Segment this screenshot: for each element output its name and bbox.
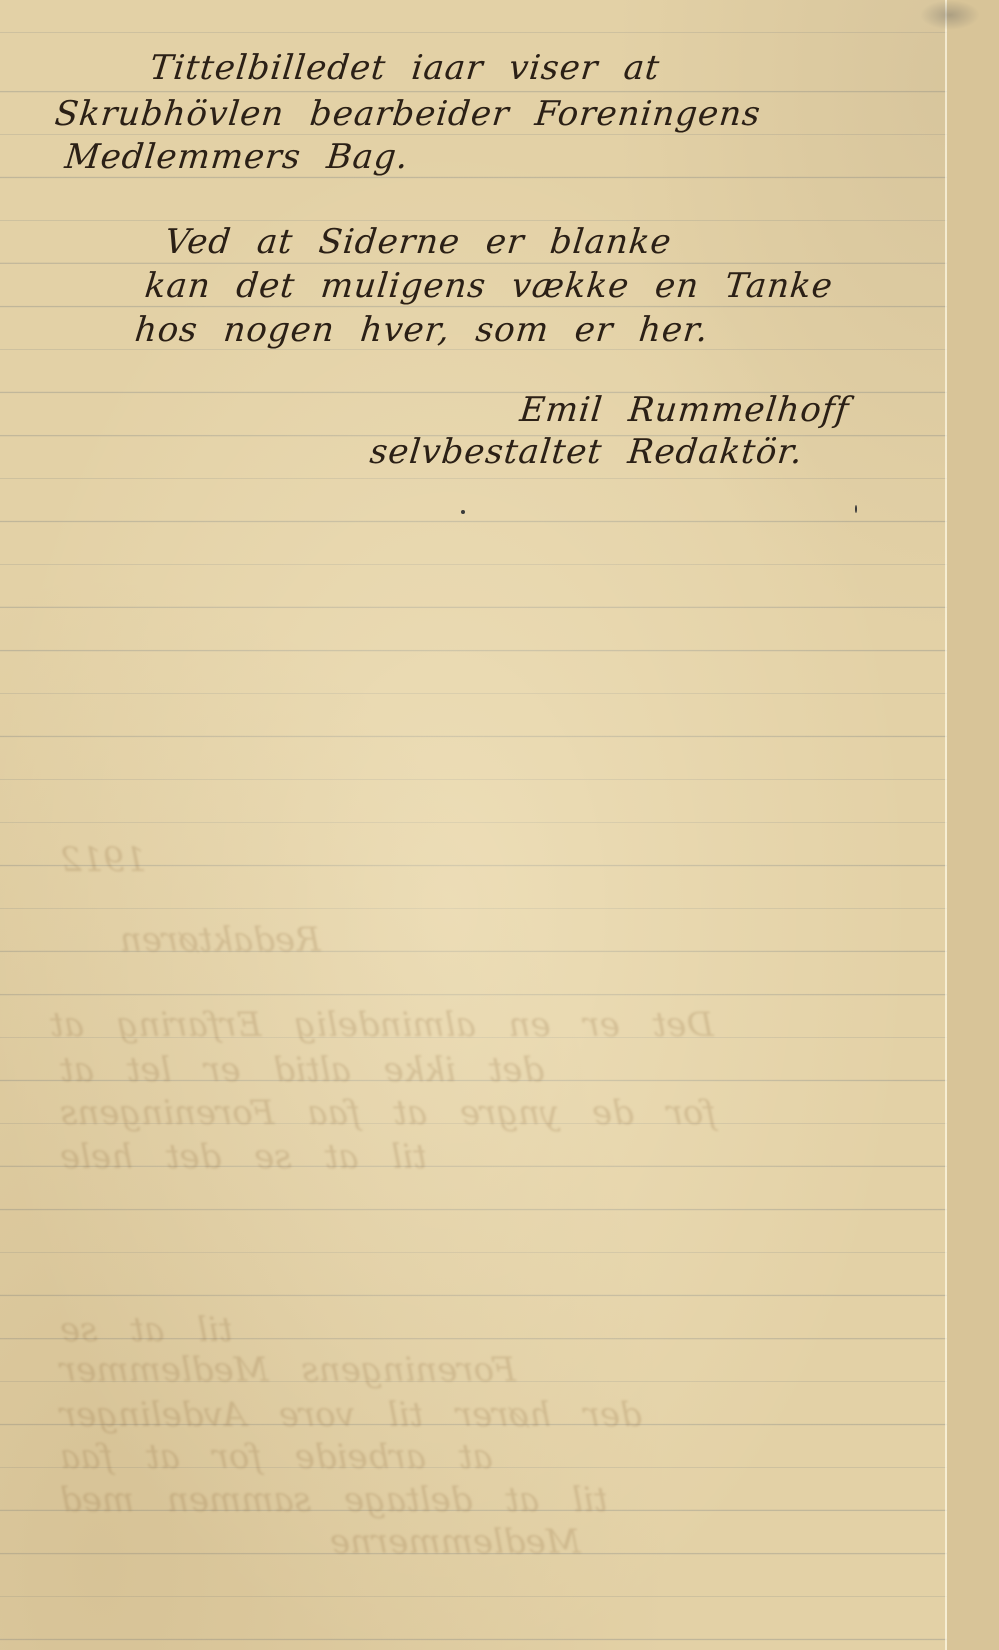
ink-speck bbox=[461, 510, 465, 514]
handwritten-line: hos nogen hver, som er her. bbox=[133, 310, 711, 350]
bleed-through-line: det ikke altid er let at bbox=[60, 1050, 544, 1090]
handwritten-line: Skrubhövlen bearbeider Foreningens bbox=[53, 94, 763, 134]
bleed-through-line: til at deltage sammen med bbox=[60, 1480, 608, 1520]
bleed-through-line: 1912 bbox=[60, 840, 147, 880]
signature-name: Emil Rummelhoff bbox=[518, 390, 851, 430]
bleed-through-line: til at se det hele bbox=[60, 1137, 427, 1177]
handwritten-line: kan det muligens vække en Tanke bbox=[143, 266, 835, 306]
signature-title: selvbestaltet Redaktör. bbox=[368, 432, 805, 472]
bleed-through-line: at arbeide for at faa bbox=[60, 1437, 493, 1477]
bleed-through-line: der hører til vore Avdelinger bbox=[60, 1395, 642, 1435]
bleed-through-line: Foreningens Medlemmer bbox=[60, 1350, 516, 1390]
paper-page: 1912 Redaktøren Det er en almindelig Erf… bbox=[0, 0, 999, 1650]
bleed-through-line: Medlemmerne bbox=[330, 1522, 581, 1562]
bleed-through-line: Redaktøren bbox=[120, 920, 321, 960]
bleed-through-line: for de yngre at faa Foreningens bbox=[60, 1093, 716, 1133]
corner-smudge bbox=[920, 0, 980, 30]
handwritten-line: Tittelbilledet iaar viser at bbox=[148, 48, 662, 88]
handwritten-line: Ved at Siderne er blanke bbox=[163, 222, 674, 262]
handwritten-line: Medlemmers Bag. bbox=[63, 137, 411, 177]
paper-right-edge bbox=[945, 0, 999, 1650]
bleed-through-line: til at se bbox=[60, 1310, 233, 1350]
ink-speck bbox=[855, 505, 857, 513]
bleed-through-line: Det er en almindelig Erfaring at bbox=[50, 1005, 714, 1045]
